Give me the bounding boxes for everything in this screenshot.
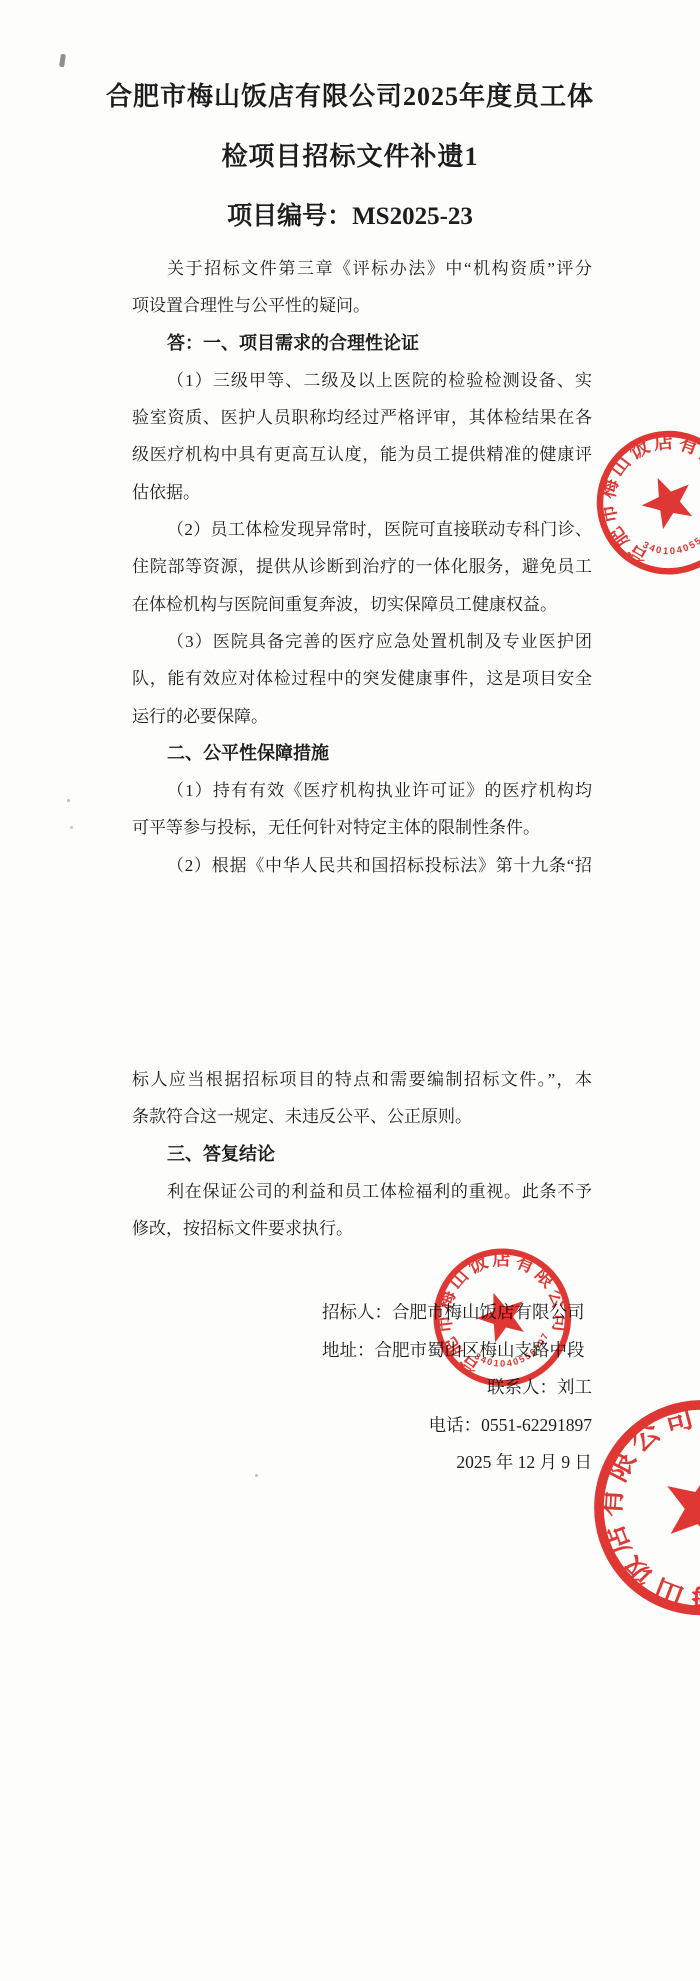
body-line: （3）医院具备完善的医疗应急处置机制及专业医护团 [132,623,592,660]
footer-line: 招标人：合肥市梅山饭店有限公司 [322,1294,592,1332]
svg-text:3401040556007: 3401040556007 [638,509,700,571]
body-line: 验室资质、医护人员职称均经过严格评审，其体检结果在各 [132,399,592,436]
footer-line: 电话：0551-62291897 [322,1407,592,1445]
body-line: 在体检机构与医院间重复奔波，切实保障员工健康权益。 [132,586,592,623]
star-icon [646,1457,700,1563]
body-line: 利在保证公司的利益和员工体检福利的重视。此条不予 [132,1173,592,1210]
svg-text:3401040556007: 3401040556007 [691,1409,700,1535]
body-line: 修改，按招标文件要求执行。 [132,1210,592,1247]
star-icon [634,468,700,534]
footer-line: 地址：合肥市蜀山区梅山支路中段 [322,1332,592,1370]
svg-text:合肥市梅山饭店有限公司: 合肥市梅山饭店有限公司 [573,407,700,577]
document-title-line-1: 合肥市梅山饭店有限公司2025年度员工体 [0,76,700,113]
body-line: 可平等参与投标，无任何针对特定主体的限制性条件。 [132,809,592,846]
body-line: （1）三级甲等、二级及以上医院的检验检测设备、实 [132,362,592,399]
footer-line: 2025 年 12 月 9 日 [322,1444,592,1482]
section-heading: 答：一、项目需求的合理性论证 [132,325,592,362]
document-footer: 招标人：合肥市梅山饭店有限公司地址：合肥市蜀山区梅山支路中段联系人：刘工电话：0… [322,1294,592,1482]
scanned-document-page: 合肥市梅山饭店有限公司2025年度员工体 检项目招标文件补遗1 项目编号：MS2… [0,0,700,1981]
footer-line: 联系人：刘工 [322,1369,592,1407]
body-line: 级医疗机构中具有更高互认度，能为员工提供精准的健康评 [132,436,592,473]
body-line: （2）根据《中华人民共和国招标投标法》第十九条“招 [132,847,592,884]
body-line: 估依据。 [132,474,592,511]
section-heading: 三、答复结论 [132,1136,592,1173]
body-line: 标人应当根据招标项目的特点和需要编制招标文件。”，本 [132,1061,592,1098]
scan-speck [59,54,66,68]
body-line: 运行的必要保障。 [132,698,592,735]
body-line: 关于招标文件第三章《评标办法》中“机构资质”评分 [132,250,592,287]
body-line: 队，能有效应对体检过程中的突发健康事件，这是项目安全 [132,660,592,697]
scan-speck [67,799,70,802]
project-number-line: 项目编号：MS2025-23 [0,196,700,232]
body-line: （2）员工体检发现异常时，医院可直接联动专科门诊、 [132,511,592,548]
document-title-line-2: 检项目招标文件补遗1 [0,136,700,173]
scan-speck [255,1474,258,1477]
body-line: （1）持有有效《医疗机构执业许可证》的医疗机构均 [132,772,592,809]
body-line: 项设置合理性与公平性的疑问。 [132,287,592,324]
section-heading: 二、公平性保障措施 [132,735,592,772]
scan-speck [70,826,73,829]
document-body: 关于招标文件第三章《评标办法》中“机构资质”评分项设置合理性与公平性的疑问。答：… [132,250,592,1248]
body-line: 条款符合这一规定、未违反公平、公正原则。 [132,1098,592,1135]
body-line: 住院部等资源，提供从诊断到治疗的一体化服务，避免员工 [132,548,592,585]
